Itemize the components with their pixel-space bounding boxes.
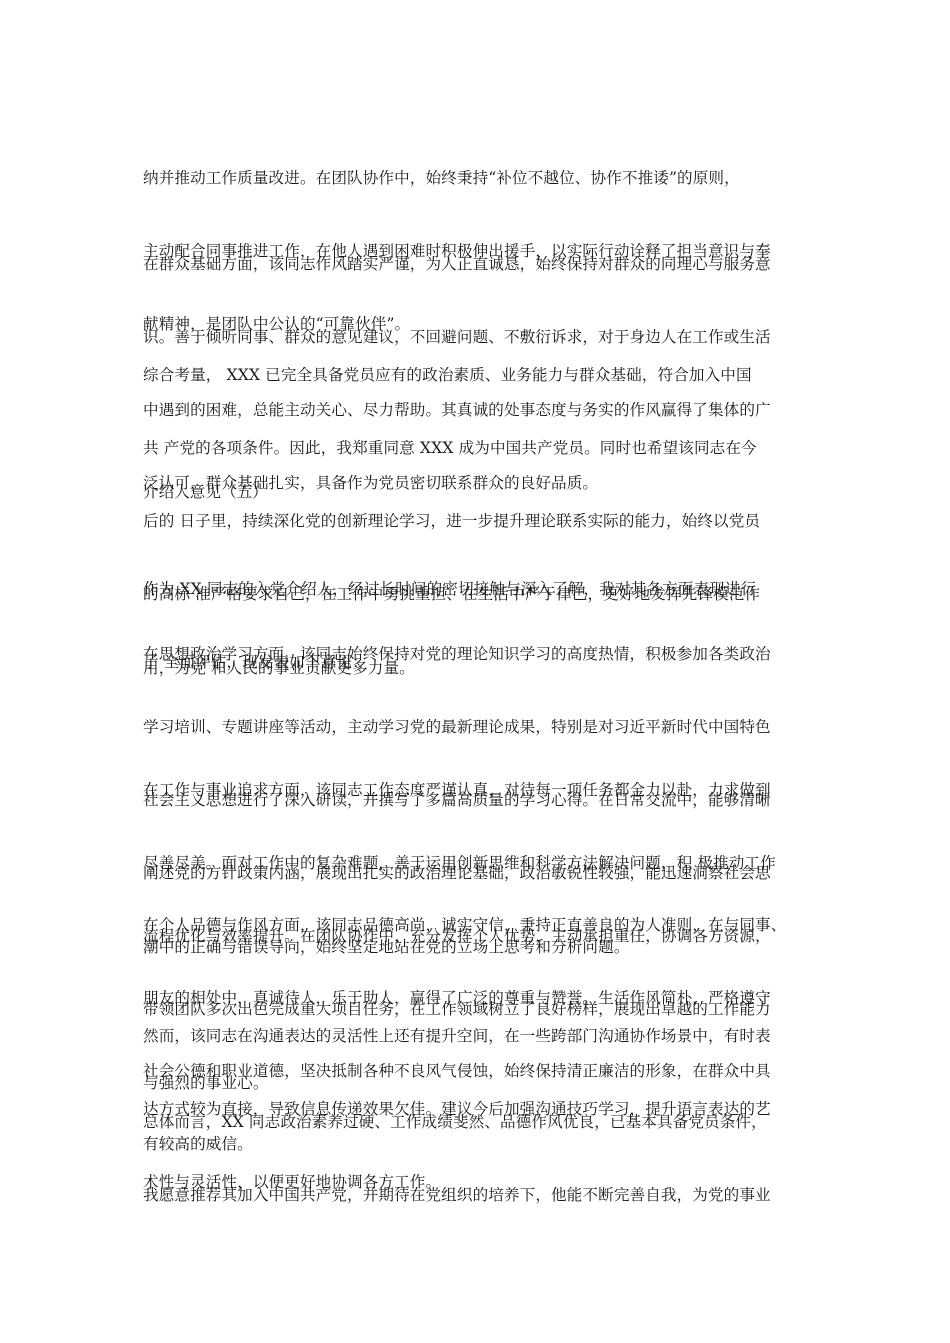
text-line: 在思想政治学习方面，该同志始终保持对党的理论知识学习的高度热情，积极参加各类政治	[143, 642, 823, 666]
text-line: 纳并推动工作质量改进。在团队协作中，始终秉持“补位不越位、协作不推诿”的原则，	[143, 166, 823, 190]
text-line: 然而，该同志在沟通表达的灵活性上还有提升空间，在一些跨部门沟通协作场景中，有时表	[143, 1024, 823, 1048]
text-line: 我愿意推荐其加入中国共产党，并期待在党组织的培养下，他能不断完善自我，为党的事业	[143, 1183, 823, 1207]
text-line: 共 产党的各项条件。因此，我郑重同意 XXX 成为中国共产党员。同时也希望该同志…	[143, 436, 823, 460]
text-line: 在群众基础方面，该同志作风踏实严谨，为人正直诚恳，始终保持对群众的同理心与服务意	[143, 252, 823, 276]
text-line: 在工作与事业追求方面，该同志工作态度严谨认真，对待每一项任务都全力以赴，力求做到	[143, 778, 823, 802]
text-line: 在个人品德与作风方面，该同志品德高尚，诚实守信，秉持正直善良的为人准则，在与同事…	[143, 913, 823, 937]
text-line: 综合考量， XXX 已完全具备党员应有的政治素质、业务能力与群众基础，符合加入中…	[143, 363, 823, 387]
section-title: 介绍人意见（五）	[143, 480, 268, 504]
paragraph-overall: 总体而言，XX 同志政治素养过硬、工作成绩斐然、品德作风优良，已基本具备党员条件…	[143, 1061, 823, 1256]
text-line: 总体而言，XX 同志政治素养过硬、工作成绩斐然、品德作风优良，已基本具备党员条件…	[143, 1110, 823, 1134]
